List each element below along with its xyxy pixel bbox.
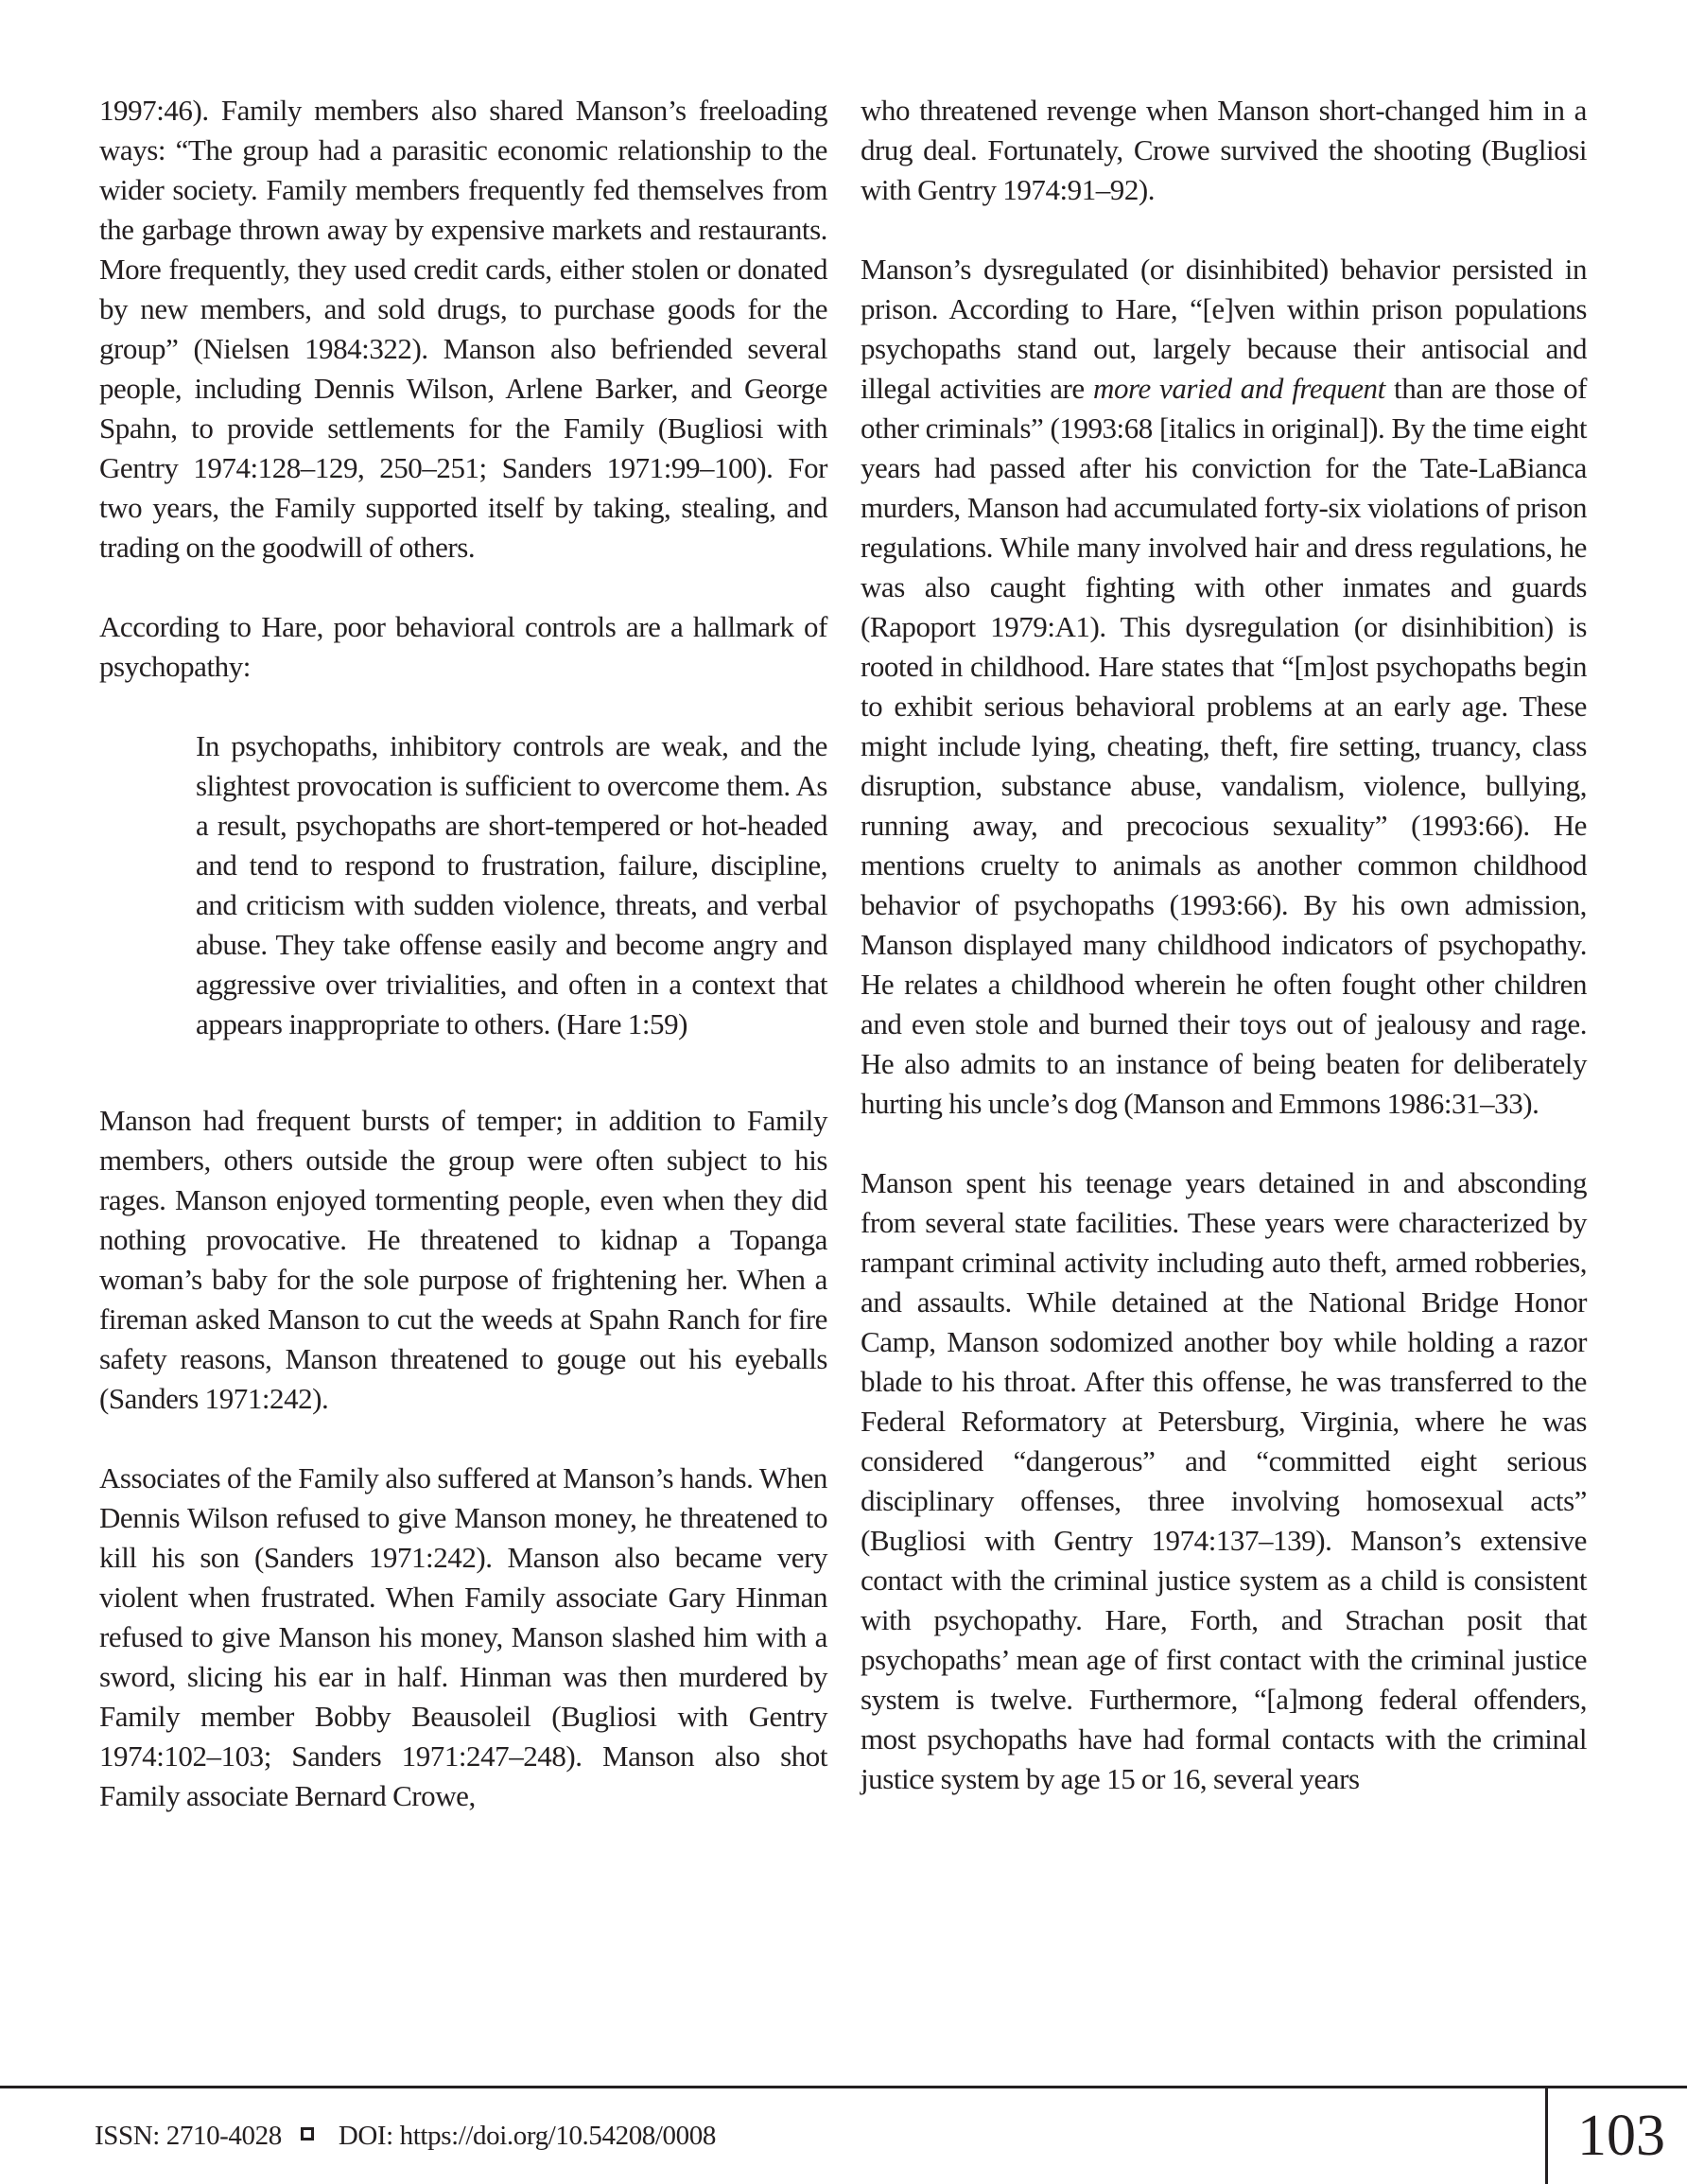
hollow-square-icon [301, 2127, 314, 2140]
paragraph-teenage-years: Manson spent his teenage years detained … [861, 1163, 1587, 1799]
doi-link[interactable]: DOI: https://doi.org/10.54208/0008 [339, 2117, 716, 2155]
left-column: 1997:46). Family members also shared Man… [99, 91, 827, 1816]
footer-vertical-divider [1545, 2086, 1548, 2184]
paragraph-family-freeloading: 1997:46). Family members also shared Man… [99, 91, 827, 568]
paragraph-prison-dysregulation: Manson’s dysregulated (or disinhibited) … [861, 250, 1587, 1124]
footer-rule [0, 2086, 1687, 2088]
paragraph-crowe-shooting: who threatened revenge when Manson short… [861, 91, 1587, 210]
issn-label: ISSN: 2710-4028 [95, 2117, 282, 2155]
paragraph-bursts-of-temper: Manson had frequent bursts of temper; in… [99, 1101, 827, 1419]
italic-emphasis: more varied and frequent [1093, 372, 1385, 405]
page-number: 103 [1577, 2098, 1665, 2174]
journal-page: 1997:46). Family members also shared Man… [0, 0, 1687, 2184]
right-column: who threatened revenge when Manson short… [861, 91, 1587, 1799]
block-quote-hare: In psychopaths, inhibitory controls are … [196, 726, 827, 1044]
text-run: than are those of other criminals” (1993… [861, 372, 1587, 1120]
footer-citation: ISSN: 2710-4028 DOI: https://doi.org/10.… [95, 2117, 716, 2155]
paragraph-associates: Associates of the Family also suffered a… [99, 1459, 827, 1816]
paragraph-hare-intro: According to Hare, poor behavioral contr… [99, 607, 827, 687]
